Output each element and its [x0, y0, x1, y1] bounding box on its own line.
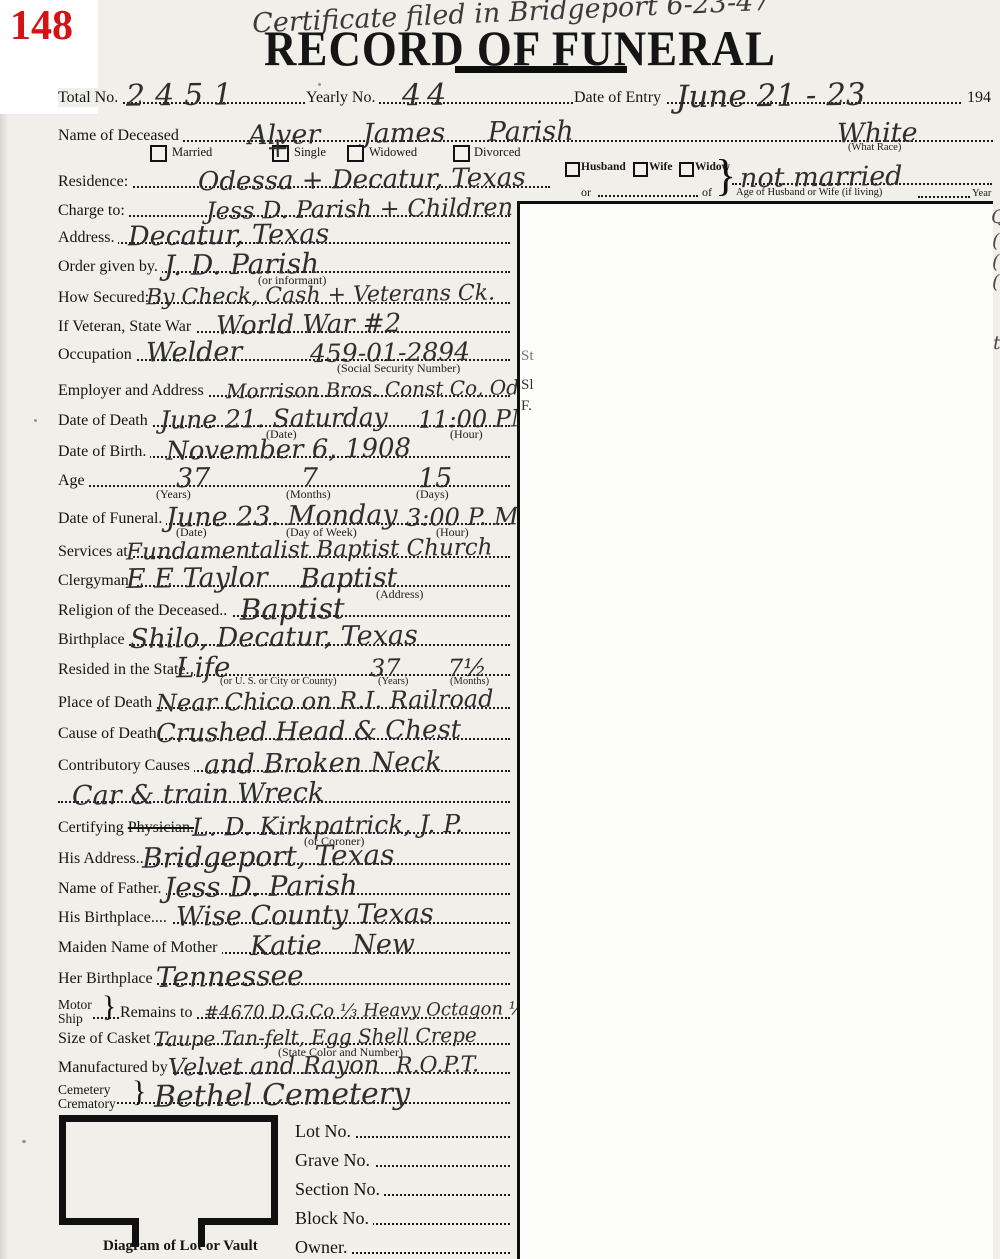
field-row-employer: Employer and Address Morrison Bros. Cons…	[58, 370, 510, 400]
total-no-value: 2451	[126, 82, 243, 110]
handwritten-months: 7	[301, 466, 319, 492]
field-row-date-of-funeral: Date of Funeral. June 23. Monday 3:00 P.…	[58, 498, 510, 528]
scan-speck	[34, 419, 37, 422]
handwritten-value: Car & train Wreck	[72, 780, 325, 810]
field-label: Place of Death	[58, 693, 156, 712]
field-label: Owner.	[295, 1238, 352, 1257]
clipped-text-fragment: St	[521, 348, 534, 365]
field-row-cause-of-death: Cause of Death Crushed Head & Chest	[58, 713, 510, 743]
field-row-date-of-death: Date of Death June 21. Saturday 11:00 PM…	[58, 400, 510, 430]
field-label: His Birthplace....	[58, 908, 171, 927]
year-label: Year	[972, 188, 991, 199]
handwritten-ssn: 459-01-2894	[310, 339, 470, 367]
field-row-date-of-birth: Date of Birth. November 6, 1908	[58, 431, 510, 461]
spouse-info-block: Husband Wife Widow } or of not married A…	[560, 155, 993, 203]
field-row-services-at: Services at Fundamentalist Baptist Churc…	[58, 531, 510, 561]
title-underline	[455, 66, 627, 73]
field-label: Birthplace	[58, 630, 129, 649]
handwritten-spouse-value: not married	[740, 164, 903, 192]
clipped-text-fragment: Q	[991, 206, 1000, 228]
dotted-line	[918, 196, 970, 198]
checkbox-divorced	[453, 145, 470, 162]
lot-vault-diagram	[59, 1115, 278, 1225]
handwritten-value: and Broken Neck	[204, 749, 442, 778]
crematory-label: Crematory	[58, 1097, 116, 1111]
handwritten-denomination: Baptist	[300, 565, 398, 592]
field-row-resided-in-state: Resided in the State. Life 37 7½ (or U. …	[58, 649, 510, 679]
field-label: Employer and Address	[58, 381, 208, 400]
total-no-label: Total No.	[58, 88, 122, 107]
field-label: Date of Death	[58, 411, 152, 430]
checkbox-widowed	[347, 145, 364, 162]
handwritten-hour: 3:00 P. M.	[406, 503, 527, 531]
field-row-maiden-name-of-mother: Maiden Name of Mother Katie New	[58, 927, 510, 957]
field-row-his-address: His Address.. Bridgeport, Texas	[58, 838, 510, 868]
dotted-line	[598, 195, 698, 197]
handwritten-value: L. D. Kirkpatrick, J. P.	[192, 811, 463, 841]
field-label: Occupation	[58, 345, 136, 364]
field-label: Cause of Death	[58, 724, 161, 743]
handwritten-value: Crushed Head & Chest	[156, 717, 461, 747]
handwritten-value: Welder	[146, 339, 243, 366]
field-row-block-no: Block No.	[295, 1198, 510, 1228]
year-prefix: 194	[963, 88, 995, 107]
field-row-owner: Owner.	[295, 1227, 510, 1257]
field-label: Grave No.	[295, 1151, 374, 1170]
checkbox-label-single: Single	[294, 145, 326, 160]
field-label: Size of Casket	[58, 1029, 154, 1048]
field-label: Certifying Physician.	[58, 818, 198, 837]
field-row-charge-to: Charge to: Jess D. Parish + Children	[58, 190, 510, 220]
yearly-no-value: 44	[402, 83, 453, 110]
checkbox-label-widowed: Widowed	[369, 145, 417, 160]
scan-speck	[22, 1140, 26, 1143]
vault-bottom-right-segment	[198, 1218, 278, 1225]
field-label: Manufactured by	[58, 1058, 172, 1077]
handwritten-value: Bethel Cemetery	[154, 1081, 410, 1111]
field-label: Maiden Name of Mother	[58, 938, 222, 957]
handwritten-months: 7½	[448, 655, 487, 682]
handwritten-years: 37	[176, 466, 211, 492]
cemetery-label: Cemetery	[58, 1083, 116, 1097]
field-row-religion: Religion of the Deceased.. Baptist	[58, 590, 510, 620]
field-row-name-of-deceased: Name of Deceased Alver James Parish Whit…	[58, 115, 993, 145]
handwritten-value: Life	[176, 655, 231, 682]
field-label: Residence:	[58, 172, 132, 191]
spouse-brace: }	[715, 150, 736, 201]
field-row-birthplace: Birthplace Shilo, Decatur, Texas	[58, 619, 510, 649]
handwritten-value: June 23. Monday	[166, 502, 398, 531]
cemetery-brace: }	[132, 1075, 146, 1109]
field-row-size-of-casket: Size of Casket Taupe Tan-felt, Egg Shell…	[58, 1018, 510, 1048]
certifying-label: Certifying	[58, 819, 124, 836]
handwritten-years: 37	[370, 655, 401, 681]
field-row-section-no: Section No.	[295, 1169, 510, 1199]
field-row-certifying-physician: Certifying Physician. L. D. Kirkpatrick,…	[58, 807, 510, 837]
field-label: Order given by.	[58, 257, 162, 276]
handwritten-days: 15	[418, 466, 453, 492]
clipped-text-fragment: Sl	[521, 377, 534, 394]
field-row-name-of-father: Name of Father. Jess D. Parish	[58, 868, 510, 898]
field-label: Her Birthplace	[58, 969, 157, 988]
field-label: Block No.	[295, 1209, 373, 1228]
handwritten-value: June 21. Saturday	[160, 404, 388, 433]
field-row-contributory-causes: Contributory Causes and Broken Neck	[58, 745, 510, 775]
handwritten-value: J. D. Parish	[164, 251, 319, 279]
field-label: Address.	[58, 228, 118, 247]
cemetery-crematory-label: Cemetery Crematory	[58, 1083, 116, 1111]
or-label: or	[581, 185, 591, 200]
field-row-lot-no: Lot No.	[295, 1111, 510, 1141]
field-label: Resided in the State.	[58, 660, 194, 679]
clipped-text-fragment: t	[993, 332, 1000, 354]
clipped-text-fragment: (	[992, 230, 999, 252]
handwritten-value: Tennessee	[156, 963, 304, 991]
diagram-caption: Diagram of Lot or Vault	[103, 1238, 258, 1255]
page-number: 148	[10, 2, 73, 50]
field-label: Date of Birth.	[58, 442, 150, 461]
field-row-her-birthplace: Her Birthplace Tennessee	[58, 958, 510, 988]
handwritten-value: Near Chico on R.I. Railroad	[156, 686, 494, 717]
field-row-order-given-by: Order given by. J. D. Parish (or informa…	[58, 246, 510, 276]
handwritten-value: E E Taylor	[126, 565, 268, 593]
physician-label-struck: Physician.	[128, 819, 194, 836]
field-label: His Address..	[58, 849, 148, 868]
field-row-header: Total No. 2451 Yearly No. 44 Date of Ent…	[58, 77, 993, 107]
checkbox-label-husband: Husband	[581, 161, 626, 173]
yearly-no-label: Yearly No.	[306, 88, 379, 107]
field-row-contributory-continued: Car & train Wreck	[58, 776, 510, 806]
field-label: Name of Father.	[58, 879, 166, 898]
field-label: Age	[58, 471, 89, 490]
field-row-manufactured-by: Manufactured by Velvet and Rayon R.O.P.T…	[58, 1047, 510, 1077]
field-label: Contributory Causes	[58, 756, 194, 775]
field-row-cemetery: Cemetery Crematory } Bethel Cemetery	[58, 1077, 510, 1107]
field-row-address: Address. Decatur, Texas	[58, 217, 510, 247]
checkbox-widow	[679, 162, 694, 177]
field-row-place-of-death: Place of Death Near Chico on R.I. Railro…	[58, 682, 510, 712]
checkbox-wife	[633, 162, 648, 177]
checkbox-married	[150, 145, 167, 162]
field-row-grave-no: Grave No.	[295, 1140, 510, 1170]
field-row-how-secured: How Secured: By Check, Cash + Veterans C…	[58, 277, 510, 307]
checkbox-mark-single: +	[266, 135, 290, 161]
date-of-entry-value: June 21 - 23	[676, 82, 866, 111]
field-row-his-birthplace: His Birthplace.... Wise County Texas	[58, 897, 510, 927]
field-label: How Secured:	[58, 288, 153, 307]
field-label: Date of Funeral.	[58, 509, 166, 528]
field-label: Section No.	[295, 1180, 384, 1199]
scan-left-edge-shading	[0, 0, 8, 1259]
clipped-text-fragment: (	[992, 271, 999, 293]
motor-label: Motor	[58, 998, 92, 1012]
vault-bottom-left-segment	[59, 1218, 139, 1225]
field-label: Religion of the Deceased..	[58, 601, 231, 620]
field-row-if-veteran: If Veteran, State War World War #2	[58, 306, 510, 336]
clipped-text-fragment: (	[992, 251, 999, 273]
checkbox-husband	[565, 162, 580, 177]
checkbox-label-wife: Wife	[649, 161, 672, 173]
field-label: Services at	[58, 542, 132, 561]
clipped-text-fragment: F.	[521, 398, 532, 415]
checkbox-label-married: Married	[172, 145, 212, 160]
field-row-age: Age 37 7 15 (Years) (Months) (Days)	[58, 460, 510, 490]
scanned-funeral-record: 148 Certificate filed in Bridgeport 6-23…	[0, 0, 1000, 1259]
field-row-occupation: Occupation Welder 459-01-2894 (Social Se…	[58, 334, 510, 364]
of-label: of	[702, 185, 712, 200]
field-label: Lot No.	[295, 1122, 355, 1141]
date-of-entry-label: Date of Entry	[574, 88, 665, 107]
blank-column-overlay	[517, 204, 993, 1259]
field-row-residence: Residence: Odessa + Decatur, Texas	[58, 161, 550, 191]
checkbox-label-divorced: Divorced	[474, 145, 521, 160]
handwritten-value: Katie New	[250, 932, 415, 960]
field-row-clergyman: Clergyman: E E Taylor Baptist (Address)	[58, 560, 510, 590]
